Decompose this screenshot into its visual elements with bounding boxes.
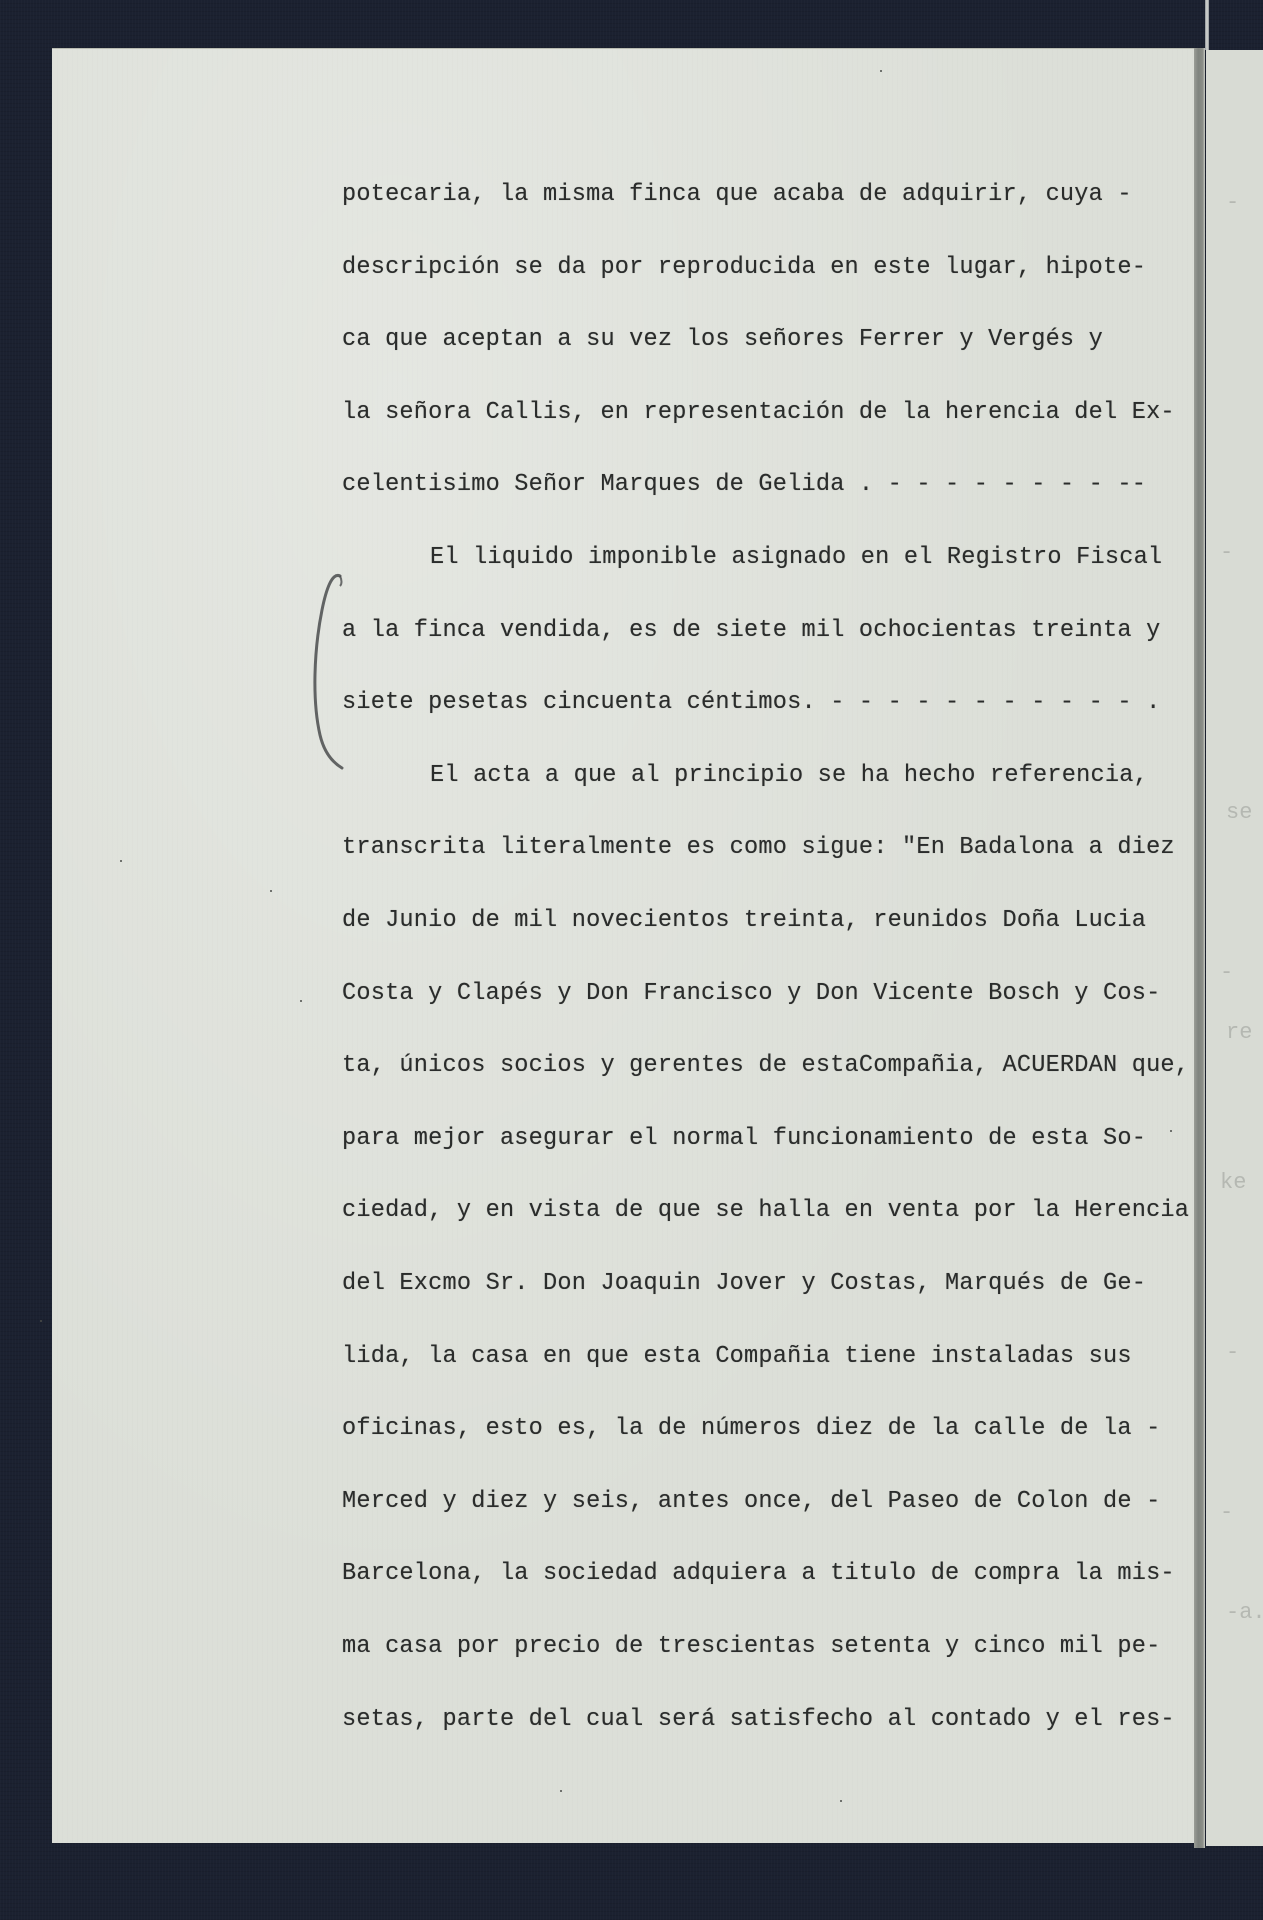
text-line: de Junio de mil novecientos treinta, reu… (342, 907, 1146, 935)
bleed-through-fragment: - (1226, 190, 1239, 215)
text-line: la señora Callis, en representación de l… (342, 399, 1175, 427)
bleed-through-fragment: - (1220, 540, 1233, 565)
paper-speck (120, 860, 122, 862)
paper-speck (880, 70, 882, 72)
text-line: lida, la casa en que esta Compañia tiene… (342, 1343, 1132, 1371)
adjacent-page-edge: --se-reke---a. (1206, 50, 1263, 1846)
bleed-through-fragment: ke (1220, 1170, 1246, 1195)
paper-speck (840, 1800, 842, 1802)
text-line: transcrita literalmente es como sigue: "… (342, 834, 1175, 862)
paper-speck (560, 1790, 562, 1792)
paper-speck (270, 890, 272, 892)
text-line: oficinas, esto es, la de números diez de… (342, 1415, 1160, 1443)
text-line: Barcelona, la sociedad adquiera a titulo… (342, 1560, 1175, 1588)
text-line: a la finca vendida, es de siete mil ocho… (342, 617, 1160, 645)
text-line: celentisimo Señor Marques de Gelida . - … (342, 471, 1146, 499)
bleed-through-fragment: se (1226, 800, 1252, 825)
text-line: El liquido imponible asignado en el Regi… (430, 544, 1162, 572)
text-line: para mejor asegurar el normal funcionami… (342, 1125, 1146, 1153)
bleed-through-fragment: - (1220, 960, 1233, 985)
text-line: potecaria, la misma finca que acaba de a… (342, 181, 1132, 209)
text-line: ciedad, y en vista de que se halla en ve… (342, 1197, 1189, 1225)
paper-speck (40, 1320, 42, 1322)
text-line: del Excmo Sr. Don Joaquin Jover y Costas… (342, 1270, 1146, 1298)
bleed-through-fragment: - (1226, 1340, 1239, 1365)
text-line: El acta a que al principio se ha hecho r… (430, 762, 1148, 790)
pencil-bracket-mark (310, 570, 350, 770)
text-line: setas, parte del cual será satisfecho al… (342, 1706, 1175, 1734)
text-line: descripción se da por reproducida en est… (342, 254, 1146, 282)
text-line: ma casa por precio de trescientas setent… (342, 1633, 1160, 1661)
page-fold-edge (1205, 0, 1209, 50)
text-line: Merced y diez y seis, antes once, del Pa… (342, 1488, 1160, 1516)
page-fold-shadow (1194, 48, 1205, 1848)
paper-speck (1170, 1130, 1172, 1132)
text-line: ta, únicos socios y gerentes de estaComp… (342, 1052, 1189, 1080)
text-line: siete pesetas cincuenta céntimos. - - - … (342, 689, 1160, 717)
bleed-through-fragment: - (1220, 1500, 1233, 1525)
bleed-through-fragment: -a. (1226, 1600, 1263, 1625)
document-page: potecaria, la misma finca que acaba de a… (52, 48, 1194, 1843)
text-line: ca que aceptan a su vez los señores Ferr… (342, 326, 1103, 354)
paper-speck (300, 1000, 302, 1002)
bleed-through-fragment: re (1226, 1020, 1252, 1045)
text-line: Costa y Clapés y Don Francisco y Don Vic… (342, 980, 1160, 1008)
